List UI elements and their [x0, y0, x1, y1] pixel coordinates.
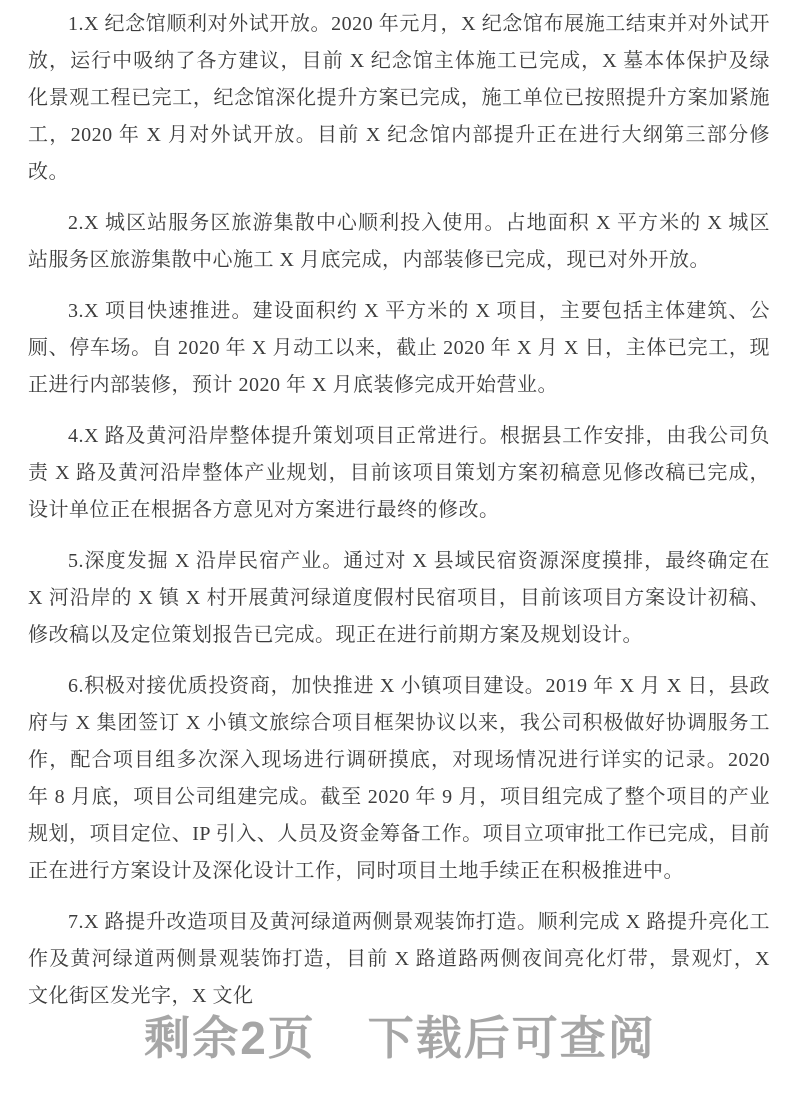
- download-hint-label: 下载后可查阅: [368, 1002, 656, 1068]
- paragraph-6: 6.积极对接优质投资商，加快推进 X 小镇项目建设。2019 年 X 月 X 日…: [28, 668, 770, 890]
- preview-footer: 剩余2页 下载后可查阅: [0, 1002, 800, 1068]
- document-body: 1.X 纪念馆顺利对外试开放。2020 年元月，X 纪念馆布展施工结束并对外试开…: [0, 0, 800, 1015]
- document-preview-page: 1.X 纪念馆顺利对外试开放。2020 年元月，X 纪念馆布展施工结束并对外试开…: [0, 0, 800, 1114]
- paragraph-2: 2.X 城区站服务区旅游集散中心顺利投入使用。占地面积 X 平方米的 X 城区站…: [28, 205, 770, 279]
- paragraph-3: 3.X 项目快速推进。建设面积约 X 平方米的 X 项目，主要包括主体建筑、公厕…: [28, 293, 770, 404]
- paragraph-1: 1.X 纪念馆顺利对外试开放。2020 年元月，X 纪念馆布展施工结束并对外试开…: [28, 6, 770, 191]
- paragraph-5: 5.深度发掘 X 沿岸民宿产业。通过对 X 县域民宿资源深度摸排，最终确定在 X…: [28, 543, 770, 654]
- paragraph-4: 4.X 路及黄河沿岸整体提升策划项目正常进行。根据县工作安排，由我公司负责 X …: [28, 418, 770, 529]
- paragraph-7: 7.X 路提升改造项目及黄河绿道两侧景观装饰打造。顺利完成 X 路提升亮化工作及…: [28, 904, 770, 1015]
- remaining-pages-label: 剩余2页: [144, 1002, 316, 1068]
